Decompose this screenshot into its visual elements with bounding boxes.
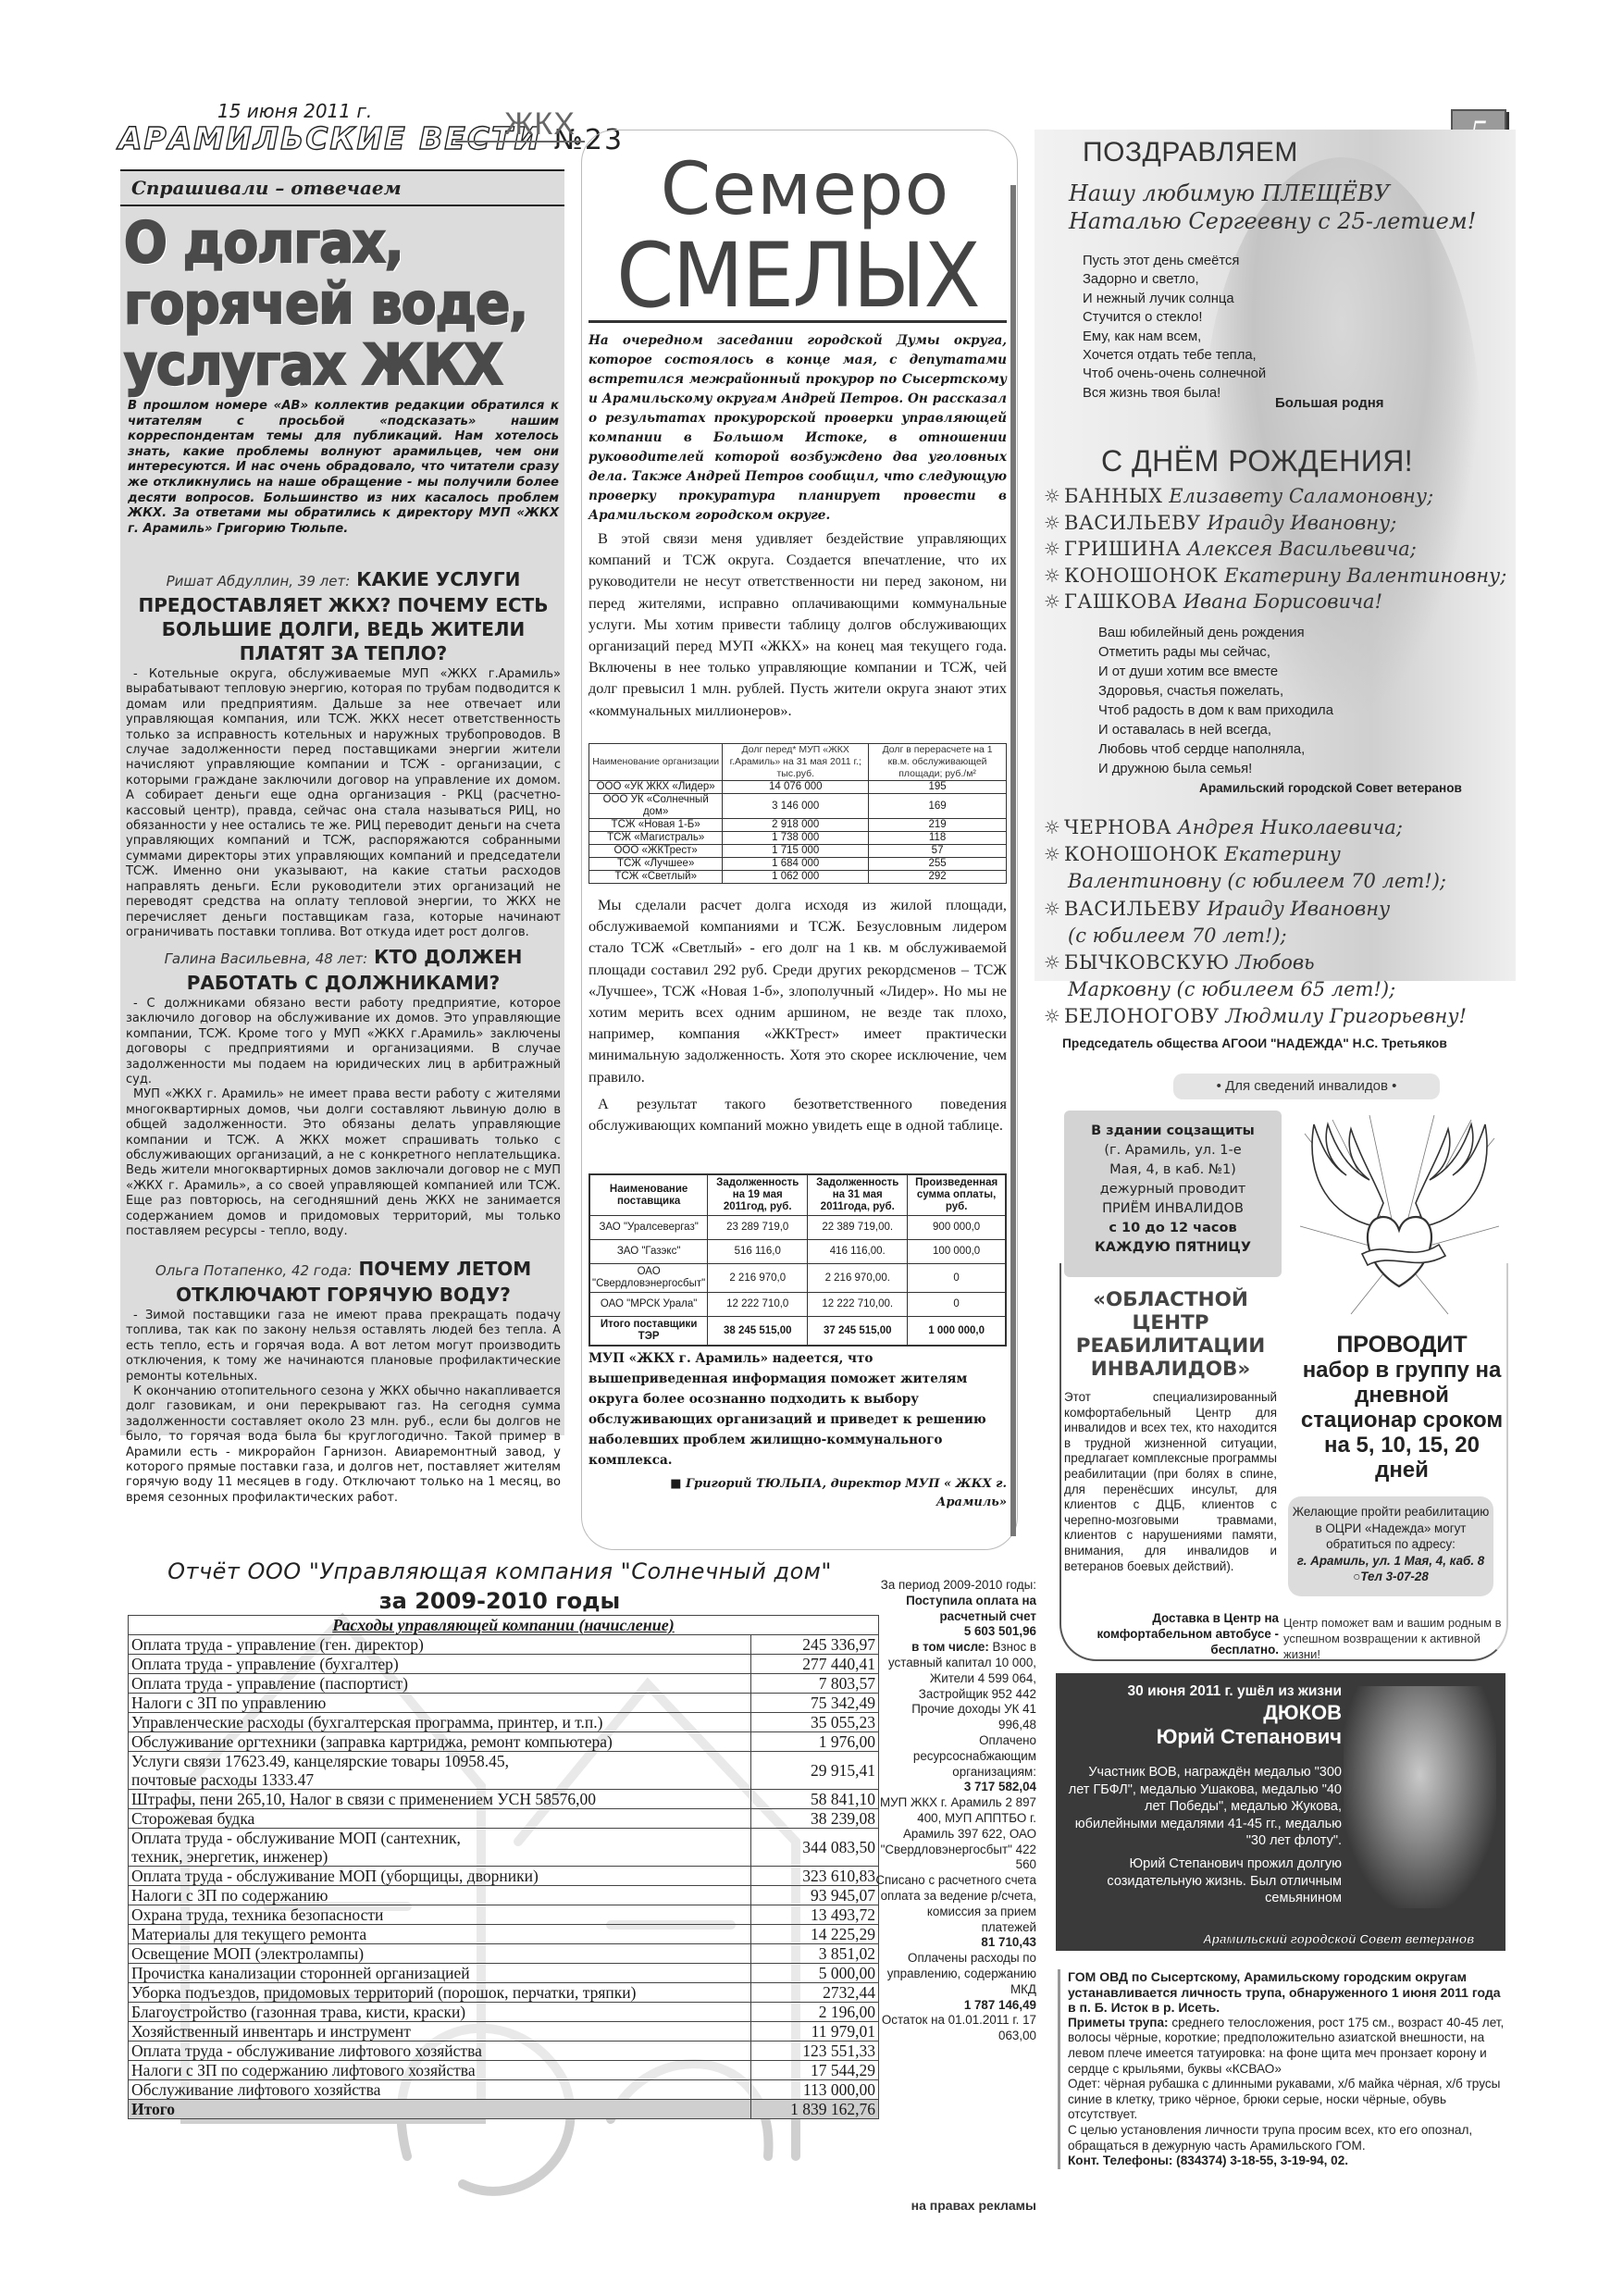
expense-name: Оплата труда - обслуживание МОП (сантехн… (129, 1829, 751, 1867)
obituary-name: Юрий Степанович (1064, 1725, 1342, 1749)
surname: ГРИШИНА (1064, 538, 1181, 560)
poem-line: И оставалась в ней всегда, (1098, 721, 1333, 740)
rubric-label: Спрашивали – отвечаем (120, 169, 564, 206)
table-row: Благоустройство (газонная трава, кисти, … (129, 2003, 879, 2022)
poem-line: Чтоб очень-очень солнечной (1083, 365, 1266, 383)
body-paragraph: А результат такого безответственного пов… (588, 1093, 1007, 1136)
poem-line: Здоровья, счастья пожелать, (1098, 682, 1333, 701)
poem-line: Хочется отдать тебе тепла, (1083, 346, 1266, 365)
expense-name: Оплата труда - управление (бухгалтер) (129, 1655, 751, 1674)
headline-line: услугах ЖКХ (124, 334, 564, 395)
address-note: Желающие пройти реабилитацию в ОЦРИ «Над… (1288, 1496, 1493, 1596)
table-row: ТСЖ «Светлый»1 062 000292 (589, 871, 1007, 884)
table-row: Оплата труда - управление (бухгалтер)277… (129, 1655, 879, 1674)
expense-value: 93 945,07 (751, 1886, 879, 1905)
section-pill: • Для сведений инвалидов • (1173, 1074, 1440, 1099)
name-item: ☼ВАСИЛЬЕВУ Ираиду Ивановну; (1044, 510, 1516, 537)
cell: 0 (908, 1293, 1006, 1317)
total-value: 1 839 162,76 (751, 2100, 879, 2119)
article-lead: На очередном заседании городской Думы ок… (588, 331, 1007, 526)
expense-name: Благоустройство (газонная трава, кисти, … (129, 2003, 751, 2022)
given-names: Любовь (1235, 951, 1314, 974)
column-header: Задолженность на 19 мая 2011год, руб. (708, 1174, 808, 1216)
answer-paragraph: - Котельные округа, обслуживаемые МУП «Ж… (126, 667, 561, 940)
asker: Галина Васильевна, 48 лет: (165, 950, 368, 967)
expense-name: Налоги с ЗП по содержанию лифтового хозя… (129, 2061, 751, 2080)
article-lead: В прошлом номере «АВ» коллектив редакции… (128, 399, 559, 537)
answer-paragraph: - С должниками обязано вести работу пред… (126, 997, 561, 1087)
body-paragraph: Мы сделали расчет долга исходя из жилой … (588, 894, 1007, 1087)
column-header: Долг в перерасчете на 1 кв.м. обслуживаю… (869, 744, 1007, 781)
expense-name: Оплата труда - обслуживание МОП (уборщиц… (129, 1867, 751, 1886)
name-item: ☼КОНОШОНОК Екатерину (1044, 841, 1516, 868)
cell: ЗАО "Газэкс" (589, 1240, 708, 1264)
table-row: Сторожевая будка38 239,08 (129, 1809, 879, 1829)
box-line: Мая, 4, в каб. №1) (1064, 1160, 1282, 1180)
cell: 3 146 000 (723, 794, 869, 819)
name-item: ☼ГРИШИНА Алексея Васильевича; (1044, 536, 1516, 563)
supplier-table: Наименование поставщика Задолженность на… (588, 1173, 1007, 1347)
name-continuation: Марковну (с юбилеем 65 лет!); (1044, 976, 1516, 1003)
table-total-row: Итого поставщики ТЭР38 245 515,0037 245 … (589, 1317, 1006, 1347)
sun-icon: ☼ (1044, 898, 1060, 920)
expense-value: 35 055,23 (751, 1713, 879, 1732)
table-row: ООО УК «Солнечный дом»3 146 000169 (589, 794, 1007, 819)
expense-name: Оплата труда - управление (ген. директор… (129, 1635, 751, 1655)
jubilee-signature: Председатель общества АГООИ "НАДЕЖДА" Н.… (1062, 1036, 1447, 1050)
table-row: Оплата труда - обслуживание лифтового хо… (129, 2042, 879, 2061)
poem-line: Стучится о стекло! (1083, 308, 1266, 327)
table-row: ТСЖ «Лучшее»1 684 000255 (589, 858, 1007, 871)
cell: ТСЖ «Лучшее» (589, 858, 723, 871)
summary-amount: 5 603 501,96 (872, 1624, 1036, 1640)
summary-text: МУП ЖКХ г. Арамиль 2 897 400, МУП АППТБО… (872, 1795, 1036, 1873)
given-names: Ивана Борисовича! (1183, 590, 1382, 613)
greeting-subtitle: Нашу любимую ПЛЕЩЁВУ Наталью Сергеевну с… (1069, 180, 1513, 235)
column-header: Произведенная сумма оплаты, руб. (908, 1174, 1006, 1216)
summary-text: Оплачено ресурсоснабжающим организациям: (872, 1733, 1036, 1780)
box-line: ПРИЁМ ИНВАЛИДОВ (1064, 1199, 1282, 1219)
table-row: Услуги связи 17623.49, канцелярские това… (129, 1752, 879, 1790)
article-body: В этой связи меня удивляет бездействие у… (588, 527, 1007, 721)
police-notice: ГОМ ОВД по Сысертскому, Арамильскому гор… (1058, 1969, 1511, 2169)
delivery-note: Доставка в Центр на комфортабельном авто… (1064, 1610, 1279, 1657)
table-row: Налоги с ЗП по управлению75 342,49 (129, 1694, 879, 1713)
table-row: ТСЖ «Магистраль»1 738 000118 (589, 832, 1007, 845)
table-row: Освещение МОП (электролампы)3 851,02 (129, 1944, 879, 1964)
expense-value: 38 239,08 (751, 1809, 879, 1829)
name-continuation: Валентиновну (с юбилеем 70 лет!); (1044, 868, 1516, 895)
notice-signs: Приметы трупа: среднего телосложения, ро… (1068, 2016, 1511, 2077)
cell: 516 116,0 (708, 1240, 808, 1264)
sun-icon: ☼ (1044, 485, 1060, 507)
expense-name: Хозяйственный инвентарь и инструмент (129, 2022, 751, 2042)
table-row: ОАО "МРСК Урала"12 222 710,012 222 710,0… (589, 1293, 1006, 1317)
table-row: Уборка подъездов, придомовых территорий … (129, 1983, 879, 2003)
surname: КОНОШОНОК (1064, 565, 1218, 587)
frame-shadow (1010, 185, 1016, 1536)
name-item: ☼БЕЛОНОГОВУ Людмилу Григорьевну! (1044, 1003, 1516, 1030)
qa-item: Галина Васильевна, 48 лет: КТО ДОЛЖЕН РА… (126, 945, 561, 1240)
expense-name: Обслуживание лифтового хозяйства (129, 2080, 751, 2100)
given-names: Ираиду Ивановну; (1207, 512, 1396, 534)
expense-value: 17 544,29 (751, 2061, 879, 2080)
summary-text: За период 2009-2010 годы: (881, 1578, 1036, 1592)
cell: 1 684 000 (723, 858, 869, 871)
sun-icon: ☼ (1044, 538, 1060, 560)
cell: 219 (869, 819, 1007, 832)
summary-bold: в том числе: (911, 1640, 989, 1654)
surname: БЫЧКОВСКУЮ (1064, 951, 1230, 974)
poem-line: Пусть этот день смеётся (1083, 252, 1266, 270)
table-row: Прочистка канализации сторонней организа… (129, 1964, 879, 1983)
help-note: Центр поможет вам и вашим родным в успеш… (1283, 1615, 1505, 1662)
cell: 2 216 970,00. (808, 1264, 908, 1293)
notice-clothes: Одет: чёрная рубашка с длинными рукавами… (1068, 2077, 1511, 2123)
name-continuation: (с юбилеем 70 лет!); (1044, 923, 1516, 949)
summary-text: Оплачены расходы по управлению, содержан… (872, 1951, 1036, 1997)
table-header-row: Наименование поставщика Задолженность на… (589, 1174, 1006, 1216)
obituary-life: Юрий Степанович прожил долгую созидатель… (1064, 1855, 1342, 1907)
surname: ВАСИЛЬЕВУ (1064, 898, 1201, 920)
expense-value: 3 851,02 (751, 1944, 879, 1964)
table-row: Оплата труда - обслуживание МОП (уборщиц… (129, 1867, 879, 1886)
expense-value: 1 976,00 (751, 1732, 879, 1752)
header-rule (455, 141, 585, 143)
table-row: Управленческие расходы (бухгалтерская пр… (129, 1713, 879, 1732)
table-row: ООО «ЖКТрест»1 715 00057 (589, 845, 1007, 858)
qa-item: Ольга Потапенко, 42 года: ПОЧЕМУ ЛЕТОМ О… (126, 1257, 561, 1506)
name-item: ☼БЫЧКОВСКУЮ Любовь (1044, 949, 1516, 976)
expense-name: Налоги с ЗП по содержанию (129, 1886, 751, 1905)
box-line: дежурный проводит (1064, 1180, 1282, 1199)
poem-line: Ваш юбилейный день рождения (1098, 624, 1333, 643)
sun-icon: ☼ (1044, 565, 1060, 587)
qa-article: Спрашивали – отвечаем О долгах, горячей … (120, 169, 564, 1435)
cell: 14 076 000 (723, 781, 869, 794)
expense-name: Оплата труда - обслуживание лифтового хо… (129, 2042, 751, 2061)
table-header-row: Наименование организации Долг перед* МУП… (589, 744, 1007, 781)
expense-name: Штрафы, пени 265,10, Налог в связи с при… (129, 1790, 751, 1809)
notice-lead: ГОМ ОВД по Сысертскому, Арамильскому гор… (1068, 1969, 1511, 2016)
cell: 37 245 515,00 (808, 1317, 908, 1347)
notice-phones: Конт. Телефоны: (834374) 3-18-55, 3-19-9… (1068, 2153, 1511, 2169)
table-row: Налоги с ЗП по содержанию93 945,07 (129, 1886, 879, 1905)
article-headline: О долгах, горячей воде, услугах ЖКХ (124, 212, 564, 395)
cell: 23 289 719,0 (708, 1216, 808, 1240)
table-row: Обслуживание лифтового хозяйства113 000,… (129, 2080, 879, 2100)
box-line: КАЖДУЮ ПЯТНИЦУ (1064, 1238, 1282, 1258)
poem-line: Ему, как нам всем, (1083, 328, 1266, 346)
note-text: Желающие пройти реабилитацию в ОЦРИ «Над… (1288, 1504, 1493, 1553)
answer: - Зимой поставщики газа не имеют права п… (126, 1309, 561, 1506)
expense-value: 29 915,41 (751, 1752, 879, 1790)
square-bullet-icon: ■ (670, 1477, 686, 1491)
qa-item: Ришат Абдуллин, 39 лет: КАКИЕ УСЛУГИ ПРЕ… (126, 567, 561, 940)
expense-value: 113 000,00 (751, 2080, 879, 2100)
sun-icon: ☼ (1044, 590, 1060, 613)
cell: 195 (869, 781, 1007, 794)
sun-icon: ☼ (1044, 512, 1060, 534)
summary-amount: 3 717 582,04 (872, 1780, 1036, 1795)
given-names: Алексея Васильевича; (1187, 538, 1417, 560)
title-rule (588, 320, 1007, 323)
summary-block: За период 2009-2010 годы: Поступила опла… (872, 1578, 1036, 1624)
surname: КОНОШОНОК (1064, 843, 1218, 865)
obituary-date: 30 июня 2011 г. ушёл из жизни (1064, 1682, 1342, 1701)
question: Галина Васильевна, 48 лет: КТО ДОЛЖЕН РА… (126, 945, 561, 995)
table-row: ЗАО "Уралсевергаз"23 289 719,022 389 719… (589, 1216, 1006, 1240)
summary-text: Списано с расчетного счета оплата за вед… (872, 1873, 1036, 1935)
expense-name: Сторожевая будка (129, 1809, 751, 1829)
table-row: Штрафы, пени 265,10, Налог в связи с при… (129, 1790, 879, 1809)
column-header: Наименование организации (589, 744, 723, 781)
surname: БЕЛОНОГОВУ (1064, 1005, 1220, 1027)
column-header: Наименование поставщика (589, 1174, 708, 1216)
table-row: Охрана труда, техника безопасности13 493… (129, 1905, 879, 1925)
article-title-line1: Семеро (611, 148, 999, 231)
expense-value: 7 803,57 (751, 1674, 879, 1694)
asker: Ришат Абдуллин, 39 лет: (167, 573, 351, 590)
table-caption-row: Расходы управляющей компании (начисление… (129, 1616, 879, 1635)
table-row: ОАО "Свердловэнергосбыт"2 216 970,02 216… (589, 1264, 1006, 1293)
given-names: Екатерину (1224, 843, 1341, 865)
headline-line: О долгах, (124, 212, 564, 273)
given-names: Людмилу Григорьевну! (1225, 1005, 1467, 1027)
summary-amount: 1 787 146,49 (872, 1998, 1036, 2014)
cell: 1 738 000 (723, 832, 869, 845)
box-line: В здании соцзащиты (1064, 1122, 1282, 1141)
expense-name: Охрана труда, техника безопасности (129, 1905, 751, 1925)
cell: 2 918 000 (723, 819, 869, 832)
poem-line: Вся жизнь твоя была! (1083, 384, 1266, 403)
greeting-poem: Пусть этот день смеётся Задорно и светло… (1083, 252, 1266, 403)
poem-line: И от души хотим все вместе (1098, 663, 1333, 682)
cell: 1 000 000,0 (908, 1317, 1006, 1347)
expense-name: Материалы для текущего ремонта (129, 1925, 751, 1944)
answer: - Котельные округа, обслуживаемые МУП «Ж… (126, 667, 561, 940)
table-row: Налоги с ЗП по содержанию лифтового хозя… (129, 2061, 879, 2080)
question: Ришат Абдуллин, 39 лет: КАКИЕ УСЛУГИ ПРЕ… (126, 567, 561, 665)
expense-name: Услуги связи 17623.49, канцелярские това… (129, 1752, 751, 1790)
headline-line: горячей воде, (124, 273, 564, 334)
cell: 416 116,00. (808, 1240, 908, 1264)
portrait-photo (1344, 1686, 1496, 1908)
table-row: Оплата труда - управление (паспортист)7 … (129, 1674, 879, 1694)
expense-name: Оплата труда - управление (паспортист) (129, 1674, 751, 1694)
cell: ОАО "Свердловэнергосбыт" (589, 1264, 708, 1293)
cell: ТСЖ «Магистраль» (589, 832, 723, 845)
article-conclusion: МУП «ЖКХ г. Арамиль» надеется, что вышеп… (588, 1348, 1007, 1471)
obituary-awards: Участник ВОВ, награждён медалью "300 лет… (1064, 1764, 1342, 1850)
greeting-signature: Большая родня (1275, 395, 1384, 411)
cell: 57 (869, 845, 1007, 858)
expense-value: 344 083,50 (751, 1829, 879, 1867)
table-row: Хозяйственный инвентарь и инструмент11 9… (129, 2022, 879, 2042)
birthday-poem: Ваш юбилейный день рождения Отметить рад… (1098, 624, 1333, 779)
summary-bold: Поступила оплата на расчетный счет (906, 1594, 1036, 1623)
sun-icon: ☼ (1044, 843, 1060, 865)
summary-text: Остаток на 01.01.2011 г. 17 063,00 (872, 2013, 1036, 2044)
name-item: ☼ГАШКОВА Ивана Борисовича! (1044, 589, 1516, 615)
heading-text: набор в группу на дневной стационар срок… (1295, 1358, 1508, 1483)
expense-value: 2732,44 (751, 1983, 879, 2003)
summary-amount: 81 710,43 (872, 1935, 1036, 1951)
article-signature: ■ Григорий ТЮЛЬПА, директор МУП « ЖКХ г.… (648, 1475, 1007, 1512)
table-total-row: Итого1 839 162,76 (129, 2100, 879, 2119)
obituary-heading: 30 июня 2011 г. ушёл из жизни ДЮКОВ Юрий… (1064, 1682, 1342, 1749)
poem-line: И дружною была семья! (1098, 760, 1333, 779)
cell: 12 222 710,00. (808, 1293, 908, 1317)
cell: ОАО "МРСК Урала" (589, 1293, 708, 1317)
answer-paragraph: К окончанию отопительного сезона у ЖКХ о… (126, 1384, 561, 1506)
name-item: ☼ВАСИЛЬЕВУ Ираиду Ивановну (1044, 896, 1516, 923)
subtitle-line: Нашу любимую ПЛЕЩЁВУ (1069, 180, 1513, 207)
surname: ГАШКОВА (1064, 590, 1177, 613)
box-line: с 10 до 12 часов (1064, 1219, 1282, 1238)
article-title-line2: СМЕЛЫХ (600, 224, 996, 328)
poem-line: Задорно и светло, (1083, 270, 1266, 289)
expense-value: 11 979,01 (751, 2022, 879, 2042)
table-row: Оплата труда - управление (ген. директор… (129, 1635, 879, 1655)
birthday-title: С ДНЁМ РОЖДЕНИЯ! (1101, 444, 1413, 478)
given-names: Екатерину Валентиновну; (1224, 565, 1506, 587)
reception-box: В здании соцзащиты (г. Арамиль, ул. 1-е … (1064, 1111, 1282, 1277)
winged-heart-icon (1295, 1115, 1504, 1319)
table-row: Материалы для текущего ремонта14 225,29 (129, 1925, 879, 1944)
poem-line: И нежный лучик солнца (1083, 290, 1266, 308)
surname: ВАСИЛЬЕВУ (1064, 512, 1201, 534)
expense-value: 58 841,10 (751, 1790, 879, 1809)
birthday-names: ☼БАННЫХ Елизавету Саламоновну; ☼ВАСИЛЬЕВ… (1044, 483, 1516, 615)
table-row: ООО «УК ЖКХ «Лидер»14 076 000195 (589, 781, 1007, 794)
answer: - С должниками обязано вести работу пред… (126, 997, 561, 1240)
note-address: г. Арамиль, ул. 1 Мая, 4, каб. 8 ○Тел 3-… (1297, 1554, 1484, 1584)
table-row: ЗАО "Газэкс"516 116,0416 116,00.100 000,… (589, 1240, 1006, 1264)
answer-paragraph: МУП «ЖКХ г. Арамиль» не имеет права вест… (126, 1087, 561, 1239)
section-name: ЖКХ (504, 106, 576, 143)
issue-date: 15 июня 2011 г. (217, 100, 372, 122)
cell: 0 (908, 1264, 1006, 1293)
expense-value: 123 551,33 (751, 2042, 879, 2061)
expense-name: Обслуживание оргтехники (заправка картри… (129, 1732, 751, 1752)
cell: 38 245 515,00 (708, 1317, 808, 1347)
table-row: ТСЖ «Новая 1-Б»2 918 000219 (589, 819, 1007, 832)
expense-value: 75 342,49 (751, 1694, 879, 1713)
box-line: (г. Арамиль, ул. 1-е (1064, 1141, 1282, 1160)
obituary-text: Участник ВОВ, награждён медалью "300 лет… (1064, 1764, 1342, 1907)
poem-line: Любовь чтоб сердце наполняла, (1098, 740, 1333, 760)
cell: 12 222 710,0 (708, 1293, 808, 1317)
cell: 1 062 000 (723, 871, 869, 884)
expense-value: 245 336,97 (751, 1635, 879, 1655)
birthday-signature: Арамильский городской Совет ветеранов (1199, 781, 1462, 795)
obituary-signature: Арамильский городской Совет ветеранов (1203, 1932, 1474, 1946)
table-row: Обслуживание оргтехники (заправка картри… (129, 1732, 879, 1752)
heading-main: ПРОВОДИТ (1295, 1333, 1508, 1358)
table-row: Оплата труда - обслуживание МОП (сантехн… (129, 1829, 879, 1867)
cell: 292 (869, 871, 1007, 884)
income-summary: За период 2009-2010 годы: Поступила опла… (872, 1578, 1036, 2044)
report-title-line1: Отчёт ООО "Управляющая компания "Солнечн… (130, 1557, 870, 1586)
surname: ЧЕРНОВА (1064, 816, 1171, 838)
cell: 169 (869, 794, 1007, 819)
jubilee-names: ☼ЧЕРНОВА Андрея Николаевича; ☼КОНОШОНОК … (1044, 814, 1516, 1031)
advertising-note: на правах рекламы (874, 2198, 1036, 2213)
cell: 118 (869, 832, 1007, 845)
obituary-surname: ДЮКОВ (1064, 1701, 1342, 1725)
column-header: Задолженность на 31 мая 2011года, руб. (808, 1174, 908, 1216)
cell: 255 (869, 858, 1007, 871)
sun-icon: ☼ (1044, 951, 1060, 974)
expense-value: 277 440,41 (751, 1655, 879, 1674)
sun-icon: ☼ (1044, 1005, 1060, 1027)
expense-value: 323 610,83 (751, 1867, 879, 1886)
cell: ЗАО "Уралсевергаз" (589, 1216, 708, 1240)
subtitle-line: Наталью Сергеевну с 25-летием! (1069, 207, 1513, 235)
expense-value: 5 000,00 (751, 1964, 879, 1983)
cell: 100 000,0 (908, 1240, 1006, 1264)
notice-request: С целью установления личности трупа прос… (1068, 2123, 1511, 2153)
expenses-table: Расходы управляющей компании (начисление… (128, 1615, 879, 2119)
cell: ТСЖ «Светлый» (589, 871, 723, 884)
enrollment-heading: ПРОВОДИТ набор в группу на дневной стаци… (1295, 1333, 1508, 1483)
table-caption: Расходы управляющей компании (начисление… (129, 1616, 879, 1635)
surname: БАННЫХ (1064, 485, 1163, 507)
answer-paragraph: - Зимой поставщики газа не имеют права п… (126, 1309, 561, 1384)
cell: 1 715 000 (723, 845, 869, 858)
cell: ТСЖ «Новая 1-Б» (589, 819, 723, 832)
cell: Итого поставщики ТЭР (589, 1317, 708, 1347)
expense-name: Освещение МОП (электролампы) (129, 1944, 751, 1964)
name-item: ☼КОНОШОНОК Екатерину Валентиновну; (1044, 563, 1516, 590)
asker: Ольга Потапенко, 42 года: (155, 1262, 353, 1279)
cell: ООО «ЖКТрест» (589, 845, 723, 858)
rehab-center-title: «ОБЛАСТНОЙ ЦЕНТР РЕАБИЛИТАЦИИ ИНВАЛИДОВ» (1064, 1288, 1277, 1381)
expense-name: Уборка подъездов, придомовых территорий … (129, 1983, 751, 2003)
expense-value: 2 196,00 (751, 2003, 879, 2022)
debt-table: Наименование организации Долг перед* МУП… (588, 743, 1007, 884)
given-names: Елизавету Саламоновну; (1169, 485, 1433, 507)
total-label: Итого (129, 2100, 751, 2119)
expense-value: 13 493,72 (751, 1905, 879, 1925)
given-names: Ираиду Ивановну (1207, 898, 1390, 920)
expense-value: 14 225,29 (751, 1925, 879, 1944)
given-names: Андрея Николаевича; (1178, 816, 1403, 838)
poem-line: Отметить рады мы сейчас, (1098, 643, 1333, 663)
expense-name: Прочистка канализации сторонней организа… (129, 1964, 751, 1983)
summary-block: в том числе: Взнос в уставный капитал 10… (872, 1640, 1036, 1702)
sun-icon: ☼ (1044, 816, 1060, 838)
article-body: Мы сделали расчет долга исходя из жилой … (588, 894, 1007, 1136)
body-paragraph: В этой связи меня удивляет бездействие у… (588, 527, 1007, 721)
expense-name: Управленческие расходы (бухгалтерская пр… (129, 1713, 751, 1732)
cell: 2 216 970,0 (708, 1264, 808, 1293)
greeting-title: ПОЗДРАВЛЯЕМ (1083, 137, 1298, 168)
cell: ООО УК «Солнечный дом» (589, 794, 723, 819)
newspaper-name: АРАМИЛЬСКИЕ ВЕСТИ (118, 120, 541, 156)
signs-label: Приметы трупа: (1068, 2016, 1169, 2029)
name-item: ☼БАННЫХ Елизавету Саламоновну; (1044, 483, 1516, 510)
question: Ольга Потапенко, 42 года: ПОЧЕМУ ЛЕТОМ О… (126, 1257, 561, 1307)
cell: ООО «УК ЖКХ «Лидер» (589, 781, 723, 794)
name-item: ☼ЧЕРНОВА Андрея Николаевича; (1044, 814, 1516, 841)
rehab-center-description: Этот специализированный комфортабельный … (1064, 1390, 1277, 1574)
expense-name: Налоги с ЗП по управлению (129, 1694, 751, 1713)
signature-text: Григорий ТЮЛЬПА, директор МУП « ЖКХ г. А… (686, 1477, 1007, 1509)
summary-text: Прочие доходы УК 41 996,48 (872, 1702, 1036, 1733)
column-header: Долг перед* МУП «ЖКХ г.Арамиль» на 31 ма… (723, 744, 869, 781)
